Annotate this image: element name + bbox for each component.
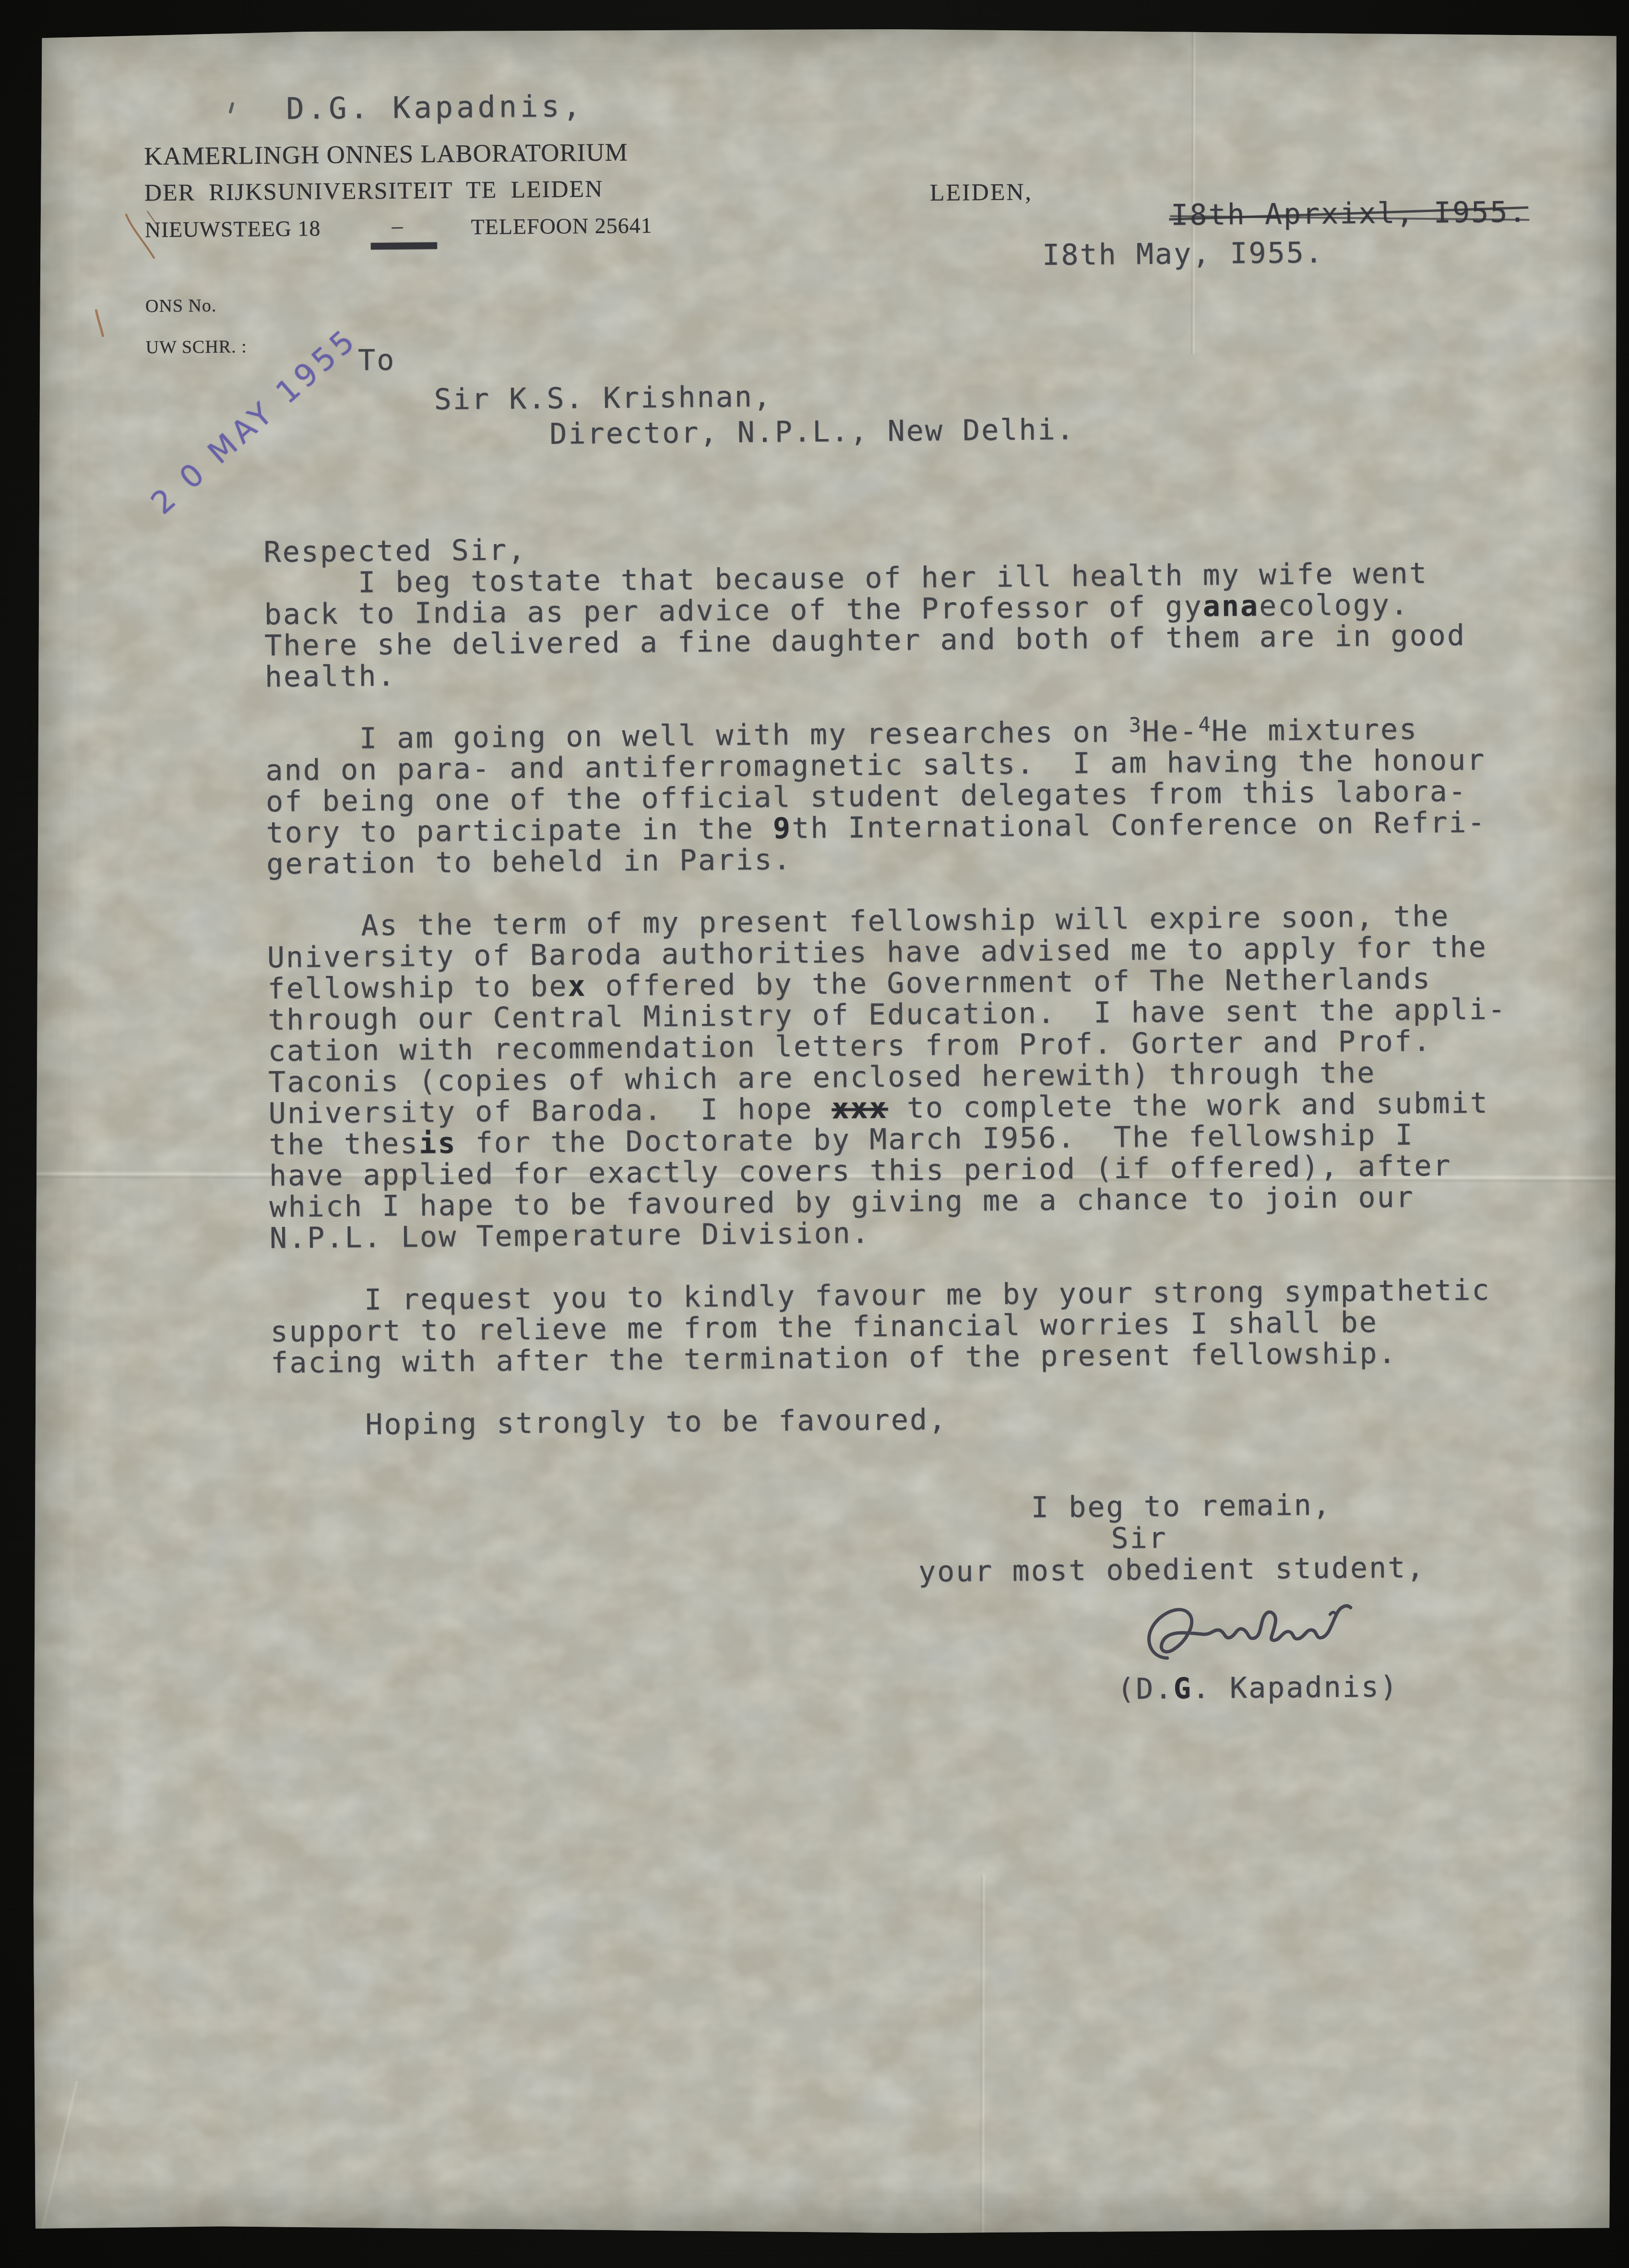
ref-our-number-label: ONS No. <box>145 295 217 317</box>
date-typed: I8th May, I955. <box>1042 237 1324 271</box>
paragraph-4: I request you to kindly favour me by you… <box>270 1272 1586 1377</box>
letter-line: Hoping strongly to be favoured, <box>271 1397 1586 1440</box>
superscript-3: 3 <box>1129 713 1142 736</box>
overstrike-text: G <box>1173 1672 1192 1705</box>
overstrike-text: x <box>568 969 587 1003</box>
overstrike-text: is <box>419 1127 457 1161</box>
letterhead-organization-line2: DER RIJKSUNIVERSITEIT TE LEIDEN <box>144 175 604 206</box>
paragraph-3: As the term of my present fellowship wil… <box>267 898 1584 1253</box>
struck-date-text: I8th Aprxixl, I955. <box>1171 197 1528 231</box>
superscript-4: 4 <box>1198 712 1212 736</box>
letter-body: Respected Sir, I beg tostate that becaus… <box>263 524 1586 1440</box>
paragraph-2: I am going on well with my researches on… <box>265 711 1581 879</box>
letter-content: D.G. Kapadnis, KAMERLINGH ONNES LABORATO… <box>24 20 1627 2244</box>
closing-line-3: your most obedient student, <box>918 1552 1426 1588</box>
letterhead-street: NIEUWSTEEG 18 <box>144 215 321 242</box>
recipient-intro: To <box>358 345 396 377</box>
letterhead-telephone: TELEFOON 25641 <box>471 213 653 239</box>
letter-paper: D.G. Kapadnis, KAMERLINGH ONNES LABORATO… <box>31 25 1620 2239</box>
letterhead-organization-line1: KAMERLINGH ONNES LABORATORIUM <box>144 138 628 171</box>
letterhead-separator-dash: – <box>392 213 403 238</box>
closing-line-2: Sir <box>1111 1523 1167 1555</box>
letterhead-place-label: LEIDEN, <box>930 178 1033 206</box>
paragraph-1: I beg tostate that because of her ill he… <box>264 555 1580 691</box>
recipient-name: Sir K.S. Krishnan, <box>434 381 772 416</box>
typed-signature-name: (D.G. Kapadnis) <box>1117 1672 1399 1705</box>
ref-your-ref-label: UW SCHR. : <box>146 336 247 358</box>
overstrike-text: ana <box>1202 589 1259 623</box>
recipient-title: Director, N.P.L., New Delhi. <box>549 414 1075 450</box>
handwritten-signature <box>1139 1585 1360 1676</box>
letterhead-typed-name: D.G. Kapadnis, <box>286 90 584 124</box>
hoping-line-block: Hoping strongly to be favoured, <box>271 1397 1586 1440</box>
overstrike-text: 9 <box>773 812 792 845</box>
struck-out-word: xxx <box>832 1092 888 1126</box>
stray-ink-mark <box>228 102 234 114</box>
letterhead-rule <box>371 242 437 249</box>
closing-line-1: I beg to remain, <box>1031 1490 1332 1523</box>
